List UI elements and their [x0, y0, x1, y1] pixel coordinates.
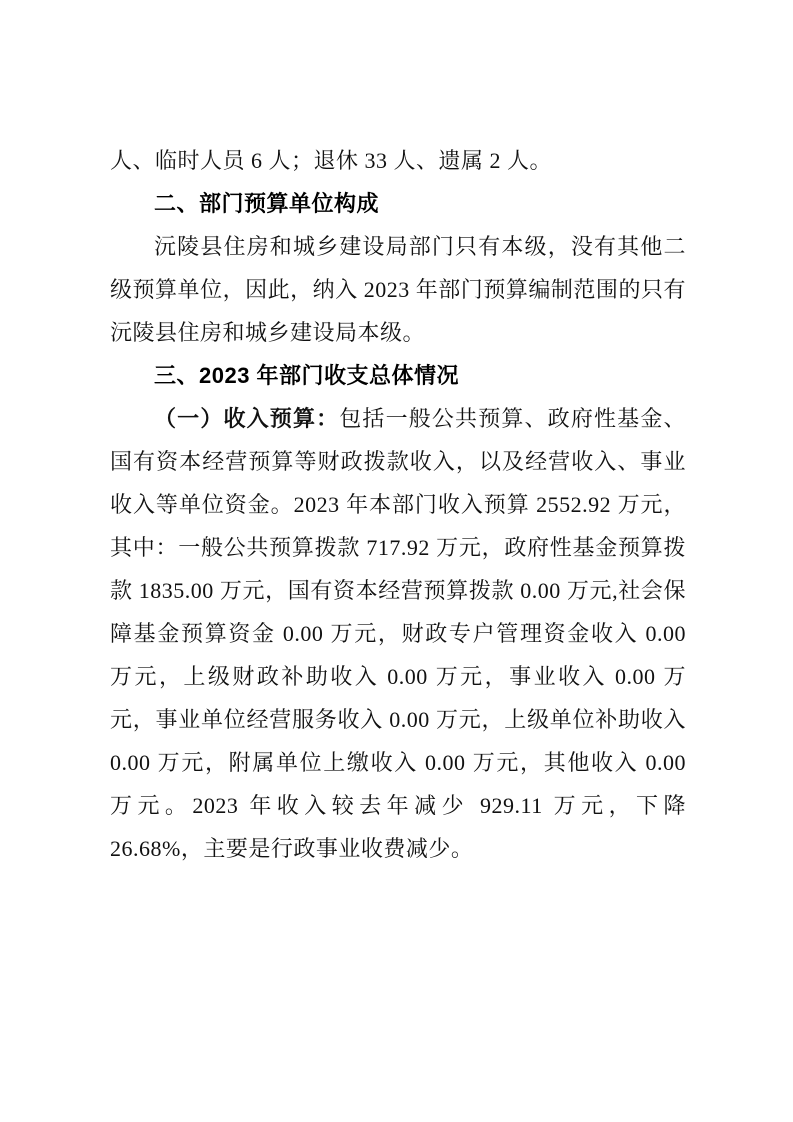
document-body: 人、临时人员 6 人；退休 33 人、遗属 2 人。 二、部门预算单位构成 沅陵…: [110, 139, 686, 870]
section-heading-2: 二、部门预算单位构成: [110, 182, 686, 225]
section-heading-3: 三、2023 年部门收支总体情况: [110, 354, 686, 397]
paragraph-budget-unit: 沅陵县住房和城乡建设局部门只有本级，没有其他二级预算单位，因此，纳入 2023 …: [110, 225, 686, 354]
paragraph-lead-label: （一）收入预算：: [154, 406, 339, 431]
paragraph-income-budget: （一）收入预算：包括一般公共预算、政府性基金、国有资本经营预算等财政拨款收入，以…: [110, 397, 686, 870]
paragraph-continuation: 人、临时人员 6 人；退休 33 人、遗属 2 人。: [110, 139, 686, 182]
paragraph-income-text: 包括一般公共预算、政府性基金、国有资本经营预算等财政拨款收入，以及经营收入、事业…: [110, 406, 686, 861]
document-page: 人、临时人员 6 人；退休 33 人、遗属 2 人。 二、部门预算单位构成 沅陵…: [0, 0, 793, 1122]
